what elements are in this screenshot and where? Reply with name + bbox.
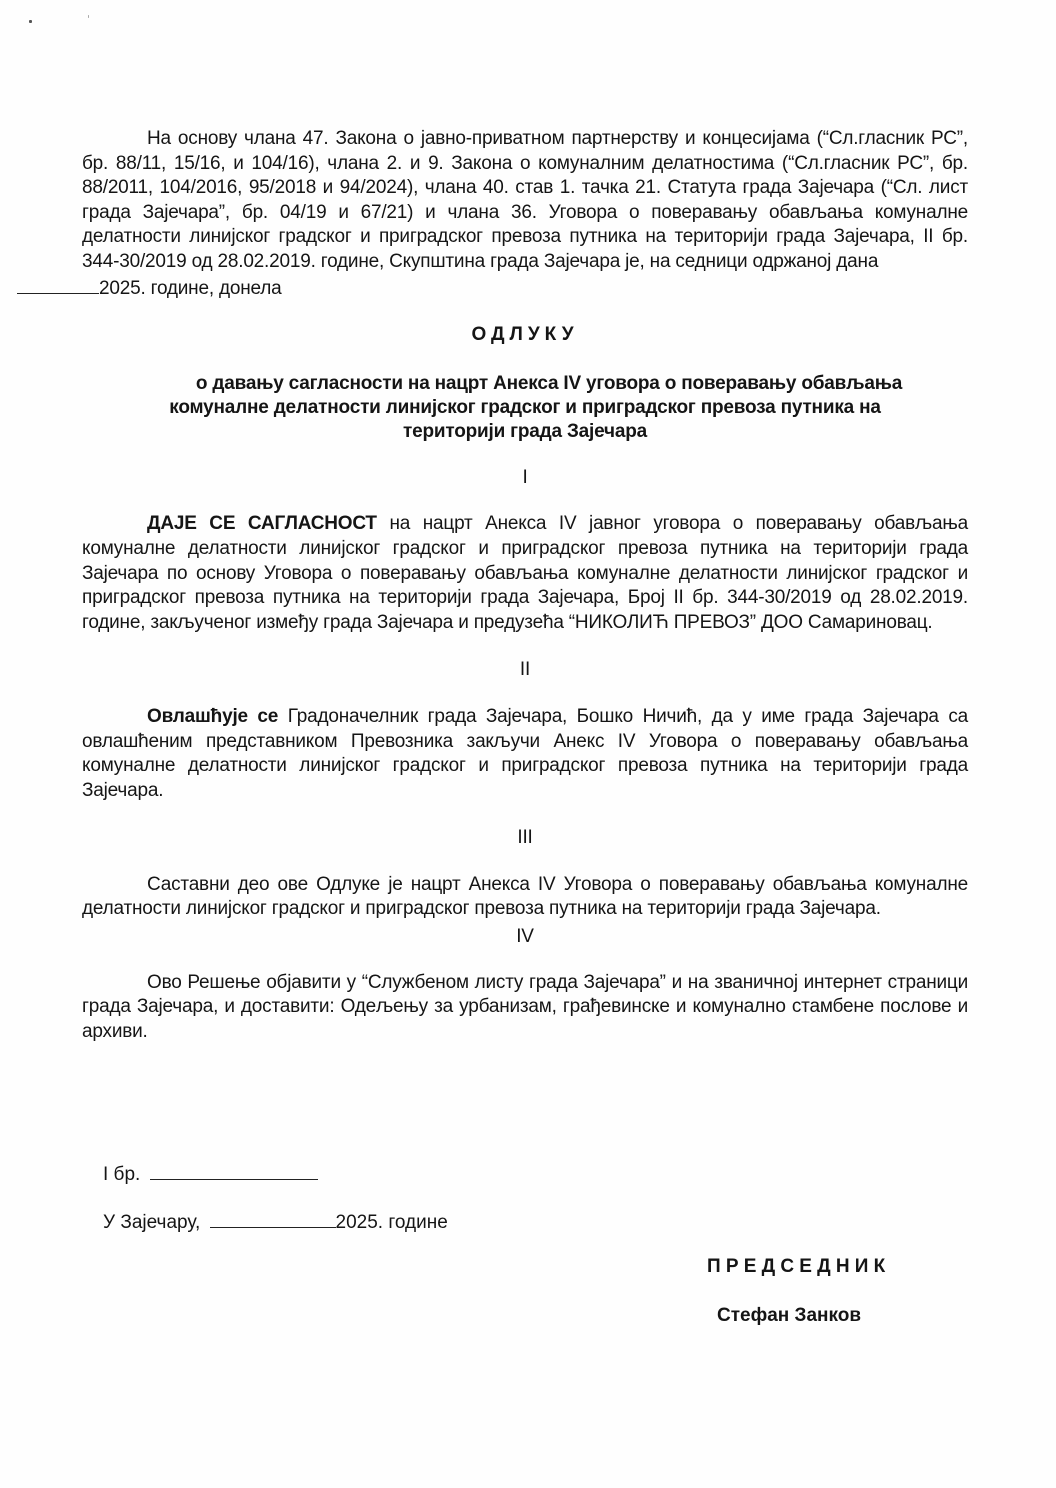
subtitle-line: комуналне делатности линијског градског … [82, 396, 968, 420]
reference-number-label: I бр. [103, 1164, 140, 1185]
section-iii-text: Саставни део ове Одлуке је нацрт Анекса … [82, 874, 968, 920]
reference-number-blank [150, 1161, 318, 1180]
place-date-line: У Зајечару, 2025. године [103, 1209, 448, 1234]
document-subtitle: о давању сагласности на нацрт Анекса IV … [82, 372, 968, 444]
section-i-lead: ДАЈЕ СЕ САГЛАСНОСТ [147, 513, 377, 534]
reference-number-line: I бр. [103, 1161, 318, 1186]
section-ii-lead: Овлашћује се [147, 706, 278, 727]
signature-title: ПРЕДСЕДНИК [707, 1256, 890, 1278]
section-i-paragraph: ДАЈЕ СЕ САГЛАСНОСТ на нацрт Анекса IV ја… [82, 512, 968, 635]
section-numeral-iv: IV [82, 925, 968, 950]
section-numeral-iii: III [82, 826, 968, 851]
document-body: На основу члана 47. Закона о јавно-прива… [82, 127, 968, 1044]
preamble-paragraph: На основу члана 47. Закона о јавно-прива… [82, 127, 968, 301]
subtitle-line: о давању сагласности на нацрт Анекса IV … [82, 372, 968, 396]
document-page: На основу члана 47. Закона о јавно-прива… [0, 0, 1056, 1488]
scan-speck [88, 15, 89, 18]
section-iv-text: Ово Решење објавити у “Службеном листу г… [82, 972, 968, 1042]
section-iii-paragraph: Саставни део ове Одлуке је нацрт Анекса … [82, 873, 968, 922]
subtitle-line: територији града Зајечара [82, 420, 968, 444]
preamble-text-end: 2025. године, донела [99, 278, 282, 299]
date-blank [210, 1209, 336, 1228]
section-iv-paragraph: Ово Решење објавити у “Службеном листу г… [82, 971, 968, 1045]
preamble-text: На основу члана 47. Закона о јавно-прива… [82, 128, 968, 272]
section-ii-paragraph: Овлашћује се Градоначелник града Зајечар… [82, 705, 968, 803]
signature-name: Стефан Занков [717, 1305, 861, 1327]
scan-speck [29, 20, 32, 23]
session-date-blank [17, 275, 99, 294]
document-title: ОДЛУКУ [82, 323, 968, 348]
section-numeral-ii: II [82, 658, 968, 683]
section-numeral-i: I [82, 466, 968, 491]
place-label: У Зајечару, [103, 1212, 200, 1233]
year-label: 2025. године [336, 1212, 448, 1233]
